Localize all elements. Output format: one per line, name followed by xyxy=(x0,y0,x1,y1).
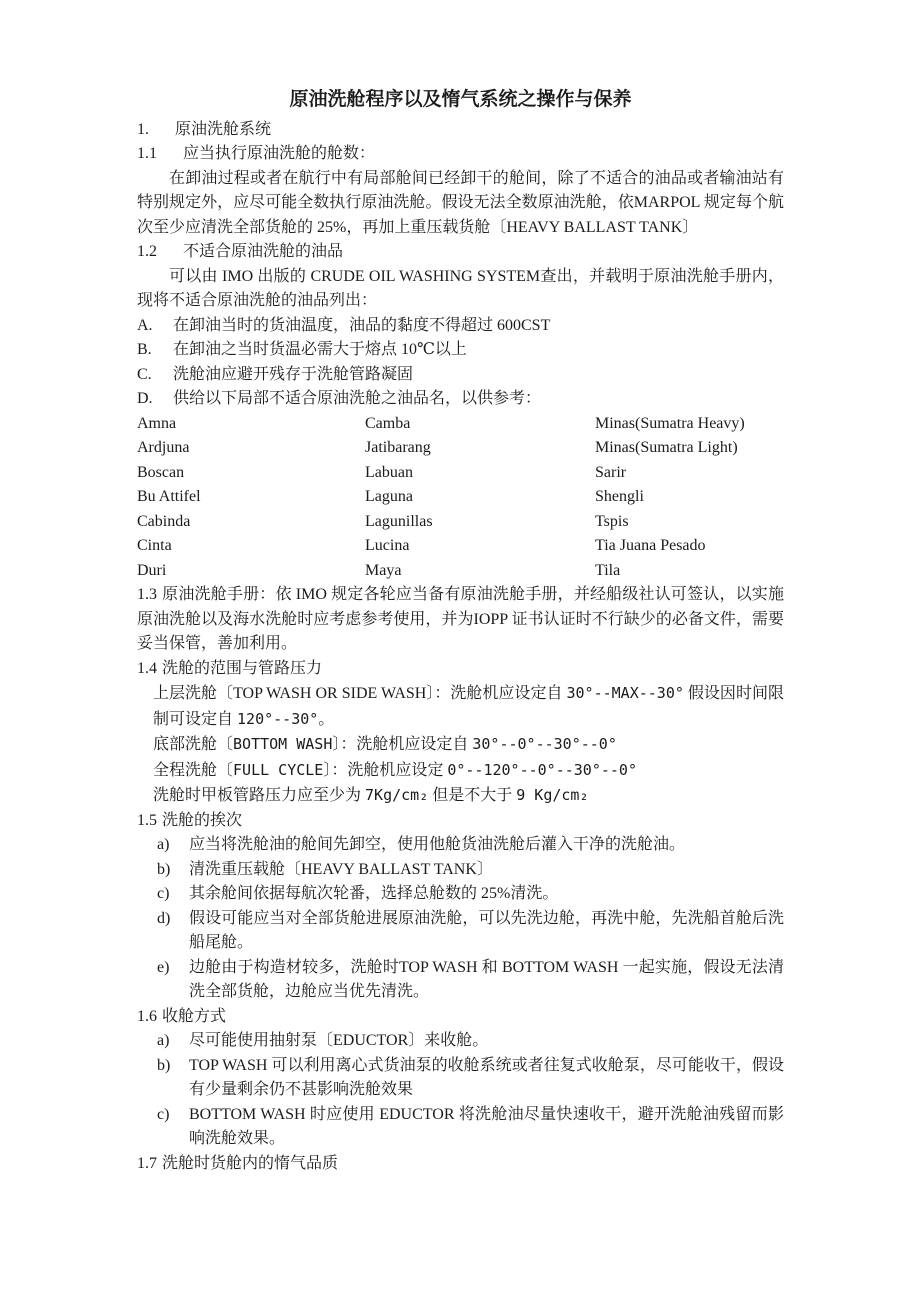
document-title: 原油洗舱程序以及惰气系统之操作与保养 xyxy=(137,88,784,113)
table-cell: Cabinda xyxy=(137,510,365,535)
wash-range-line-bottom-wash: 底部洗舱〔BOTTOM WASH〕：洗舱机应设定自 30°--0°--30°--… xyxy=(153,732,784,758)
section-number: 1.7 xyxy=(137,1155,157,1172)
section-heading-1-7: 1.7洗舱时货舱内的惰气品质 xyxy=(137,1152,784,1177)
section-heading-1: 1.原油洗舱系统 xyxy=(137,118,784,143)
list-item-text: TOP WASH 可以利用离心式货油泵的收舱系统或者往复式收舱泵，尽可能收干，假… xyxy=(189,1054,784,1103)
pressure-value: 7Kg/cm₂ xyxy=(365,786,428,804)
list-item-text: 应当将洗舱油的舱间先卸空，使用他舱货油洗舱后灌入干净的洗舱油。 xyxy=(189,833,784,858)
line-text: 〕：洗舱机应设定 xyxy=(323,762,447,779)
table-cell: Cinta xyxy=(137,534,365,559)
line-text: 上层洗舱〔TOP WASH OR SIDE WASH〕：洗舱机应设定自 xyxy=(153,685,566,702)
paragraph-1-3: 1.3原油洗舱手册：依 IMO 规定各轮应当备有原油洗舱手册，并经船级社认可签认… xyxy=(137,583,784,657)
list-marker: e) xyxy=(157,956,189,1005)
section-heading-1-6: 1.6收舱方式 xyxy=(137,1005,784,1030)
list-marker: b) xyxy=(157,1054,189,1103)
section-heading-1-4: 1.4洗舱的范围与管路压力 xyxy=(137,657,784,682)
line-text: 〕：洗舱机应设定自 xyxy=(332,736,472,753)
list-marker: c) xyxy=(157,882,189,907)
section-heading-1-5: 1.5洗舱的挨次 xyxy=(137,809,784,834)
list-item-text: 在卸油之当时货温必需大于熔点 10℃以上 xyxy=(173,338,467,363)
document-page: 原油洗舱程序以及惰气系统之操作与保养 1.原油洗舱系统 1.1应当执行原油洗舱的… xyxy=(0,0,920,1302)
section-number: 1.4 xyxy=(137,660,157,677)
section-heading-1-1: 1.1应当执行原油洗舱的舱数： xyxy=(137,142,784,167)
list-item-a: a) 应当将洗舱油的舱间先卸空，使用他舱货油洗舱后灌入干净的洗舱油。 xyxy=(157,833,784,858)
section-heading-text: 洗舱的挨次 xyxy=(162,812,242,829)
oil-names-table: Amna Camba Minas(Sumatra Heavy) Ardjuna … xyxy=(137,412,784,584)
list-marker: B. xyxy=(137,338,173,363)
list-item-a: a) 尽可能使用抽射泵〔EDUCTOR〕来收舱。 xyxy=(157,1029,784,1054)
wash-mode-name: FULL CYCLE xyxy=(233,761,323,779)
list-marker: d) xyxy=(157,907,189,956)
list-item-text: 清洗重压载舱〔HEAVY BALLAST TANK〕 xyxy=(189,858,784,883)
section-heading-text: 不适合原油洗舱的油品 xyxy=(183,240,343,265)
wash-range-line-pressure: 洗舱时甲板管路压力应至少为 7Kg/cm₂ 但是不大于 9 Kg/cm₂ xyxy=(153,783,784,809)
section-number: 1. xyxy=(137,118,175,143)
table-cell: Laguna xyxy=(365,485,595,510)
list-item-e: e) 边舱由于构造材较多，洗舱时TOP WASH 和 BOTTOM WASH 一… xyxy=(157,956,784,1005)
table-cell: Maya xyxy=(365,559,595,584)
section-heading-text: 洗舱时货舱内的惰气品质 xyxy=(162,1155,338,1172)
table-cell: Duri xyxy=(137,559,365,584)
wash-range-line-top-wash: 上层洗舱〔TOP WASH OR SIDE WASH〕：洗舱机应设定自 30°-… xyxy=(153,681,784,732)
line-text: 全程洗舱〔 xyxy=(153,762,233,779)
list-item-b: b) 清洗重压载舱〔HEAVY BALLAST TANK〕 xyxy=(157,858,784,883)
list-item-C: C.洗舱油应避开残存于洗舱管路凝固 xyxy=(137,363,784,388)
table-cell: Camba xyxy=(365,412,595,437)
list-marker: b) xyxy=(157,858,189,883)
wash-range-line-full-cycle: 全程洗舱〔FULL CYCLE〕：洗舱机应设定 0°--120°--0°--30… xyxy=(153,758,784,784)
list-item-text: 其余舱间依据每航次轮番，选择总舱数的 25%清洗。 xyxy=(189,882,784,907)
table-cell: Lucina xyxy=(365,534,595,559)
line-text: 。 xyxy=(318,711,334,728)
table-cell: Boscan xyxy=(137,461,365,486)
list-marker: D. xyxy=(137,387,173,412)
line-text: 洗舱时甲板管路压力应至少为 xyxy=(153,787,365,804)
list-marker: a) xyxy=(157,833,189,858)
table-cell: Sarir xyxy=(595,461,784,486)
list-item-text: 假设可能应当对全部货舱进展原油洗舱，可以先洗边舱，再洗中舱，先洗船首舱后洗船尾舱… xyxy=(189,907,784,956)
table-cell: Labuan xyxy=(365,461,595,486)
section-number: 1.6 xyxy=(137,1008,157,1025)
table-cell: Amna xyxy=(137,412,365,437)
section-heading-1-2: 1.2不适合原油洗舱的油品 xyxy=(137,240,784,265)
table-cell: Lagunillas xyxy=(365,510,595,535)
paragraph-1-2-body: 可以由 IMO 出版的 CRUDE OIL WASHING SYSTEM查出，并… xyxy=(137,265,784,314)
table-cell: Minas(Sumatra Heavy) xyxy=(595,412,784,437)
angle-setting: 0°--120°--0°--30°--0° xyxy=(447,761,637,779)
table-cell: Jatibarang xyxy=(365,436,595,461)
list-item-text: 边舱由于构造材较多，洗舱时TOP WASH 和 BOTTOM WASH 一起实施… xyxy=(189,956,784,1005)
list-item-b: b) TOP WASH 可以利用离心式货油泵的收舱系统或者往复式收舱泵，尽可能收… xyxy=(157,1054,784,1103)
section-heading-text: 应当执行原油洗舱的舱数： xyxy=(183,142,375,167)
list-marker: C. xyxy=(137,363,173,388)
section-heading-text: 洗舱的范围与管路压力 xyxy=(162,660,322,677)
list-item-D: D.供给以下局部不适合原油洗舱之油品名，以供参考： xyxy=(137,387,784,412)
pressure-value: 9 Kg/cm₂ xyxy=(516,786,588,804)
section-heading-text: 收舱方式 xyxy=(162,1008,226,1025)
line-text: 底部洗舱〔 xyxy=(153,736,233,753)
table-cell: Bu Attifel xyxy=(137,485,365,510)
list-item-d: d) 假设可能应当对全部货舱进展原油洗舱，可以先洗边舱，再洗中舱，先洗船首舱后洗… xyxy=(157,907,784,956)
list-item-B: B.在卸油之当时货温必需大于熔点 10℃以上 xyxy=(137,338,784,363)
list-item-c: c) BOTTOM WASH 时应使用 EDUCTOR 将洗舱油尽量快速收干，避… xyxy=(157,1103,784,1152)
list-item-text: 洗舱油应避开残存于洗舱管路凝固 xyxy=(173,363,413,388)
paragraph-text: 原油洗舱手册：依 IMO 规定各轮应当备有原油洗舱手册，并经船级社认可签认，以实… xyxy=(137,586,784,652)
list-item-text: 在卸油当时的货油温度，油品的黏度不得超过 600CST xyxy=(173,314,550,339)
table-cell: Ardjuna xyxy=(137,436,365,461)
section-number: 1.2 xyxy=(137,240,183,265)
paragraph-1-1-body: 在卸油过程或者在航行中有局部舱间已经卸干的舱间，除了不适合的油品或者输油站有特别… xyxy=(137,167,784,241)
section-number: 1.1 xyxy=(137,142,183,167)
angle-setting: 120°--30° xyxy=(237,710,318,728)
table-cell: Tila xyxy=(595,559,784,584)
section-number: 1.3 xyxy=(137,586,157,603)
wash-mode-name: BOTTOM WASH xyxy=(233,735,332,753)
list-item-A: A.在卸油当时的货油温度，油品的黏度不得超过 600CST xyxy=(137,314,784,339)
table-cell: Tia Juana Pesado xyxy=(595,534,784,559)
line-text: 但是不大于 xyxy=(428,787,516,804)
section-number: 1.5 xyxy=(137,812,157,829)
list-item-c: c) 其余舱间依据每航次轮番，选择总舱数的 25%清洗。 xyxy=(157,882,784,907)
list-item-text: 供给以下局部不适合原油洗舱之油品名，以供参考： xyxy=(173,387,541,412)
section-heading-text: 原油洗舱系统 xyxy=(175,118,271,143)
angle-setting: 30°--0°--30°--0° xyxy=(472,735,617,753)
list-item-text: BOTTOM WASH 时应使用 EDUCTOR 将洗舱油尽量快速收干，避开洗舱… xyxy=(189,1103,784,1152)
list-marker: A. xyxy=(137,314,173,339)
table-cell: Minas(Sumatra Light) xyxy=(595,436,784,461)
list-marker: c) xyxy=(157,1103,189,1152)
list-item-text: 尽可能使用抽射泵〔EDUCTOR〕来收舱。 xyxy=(189,1029,784,1054)
table-cell: Tspis xyxy=(595,510,784,535)
list-marker: a) xyxy=(157,1029,189,1054)
table-cell: Shengli xyxy=(595,485,784,510)
angle-setting: 30°--MAX--30° xyxy=(566,684,683,702)
